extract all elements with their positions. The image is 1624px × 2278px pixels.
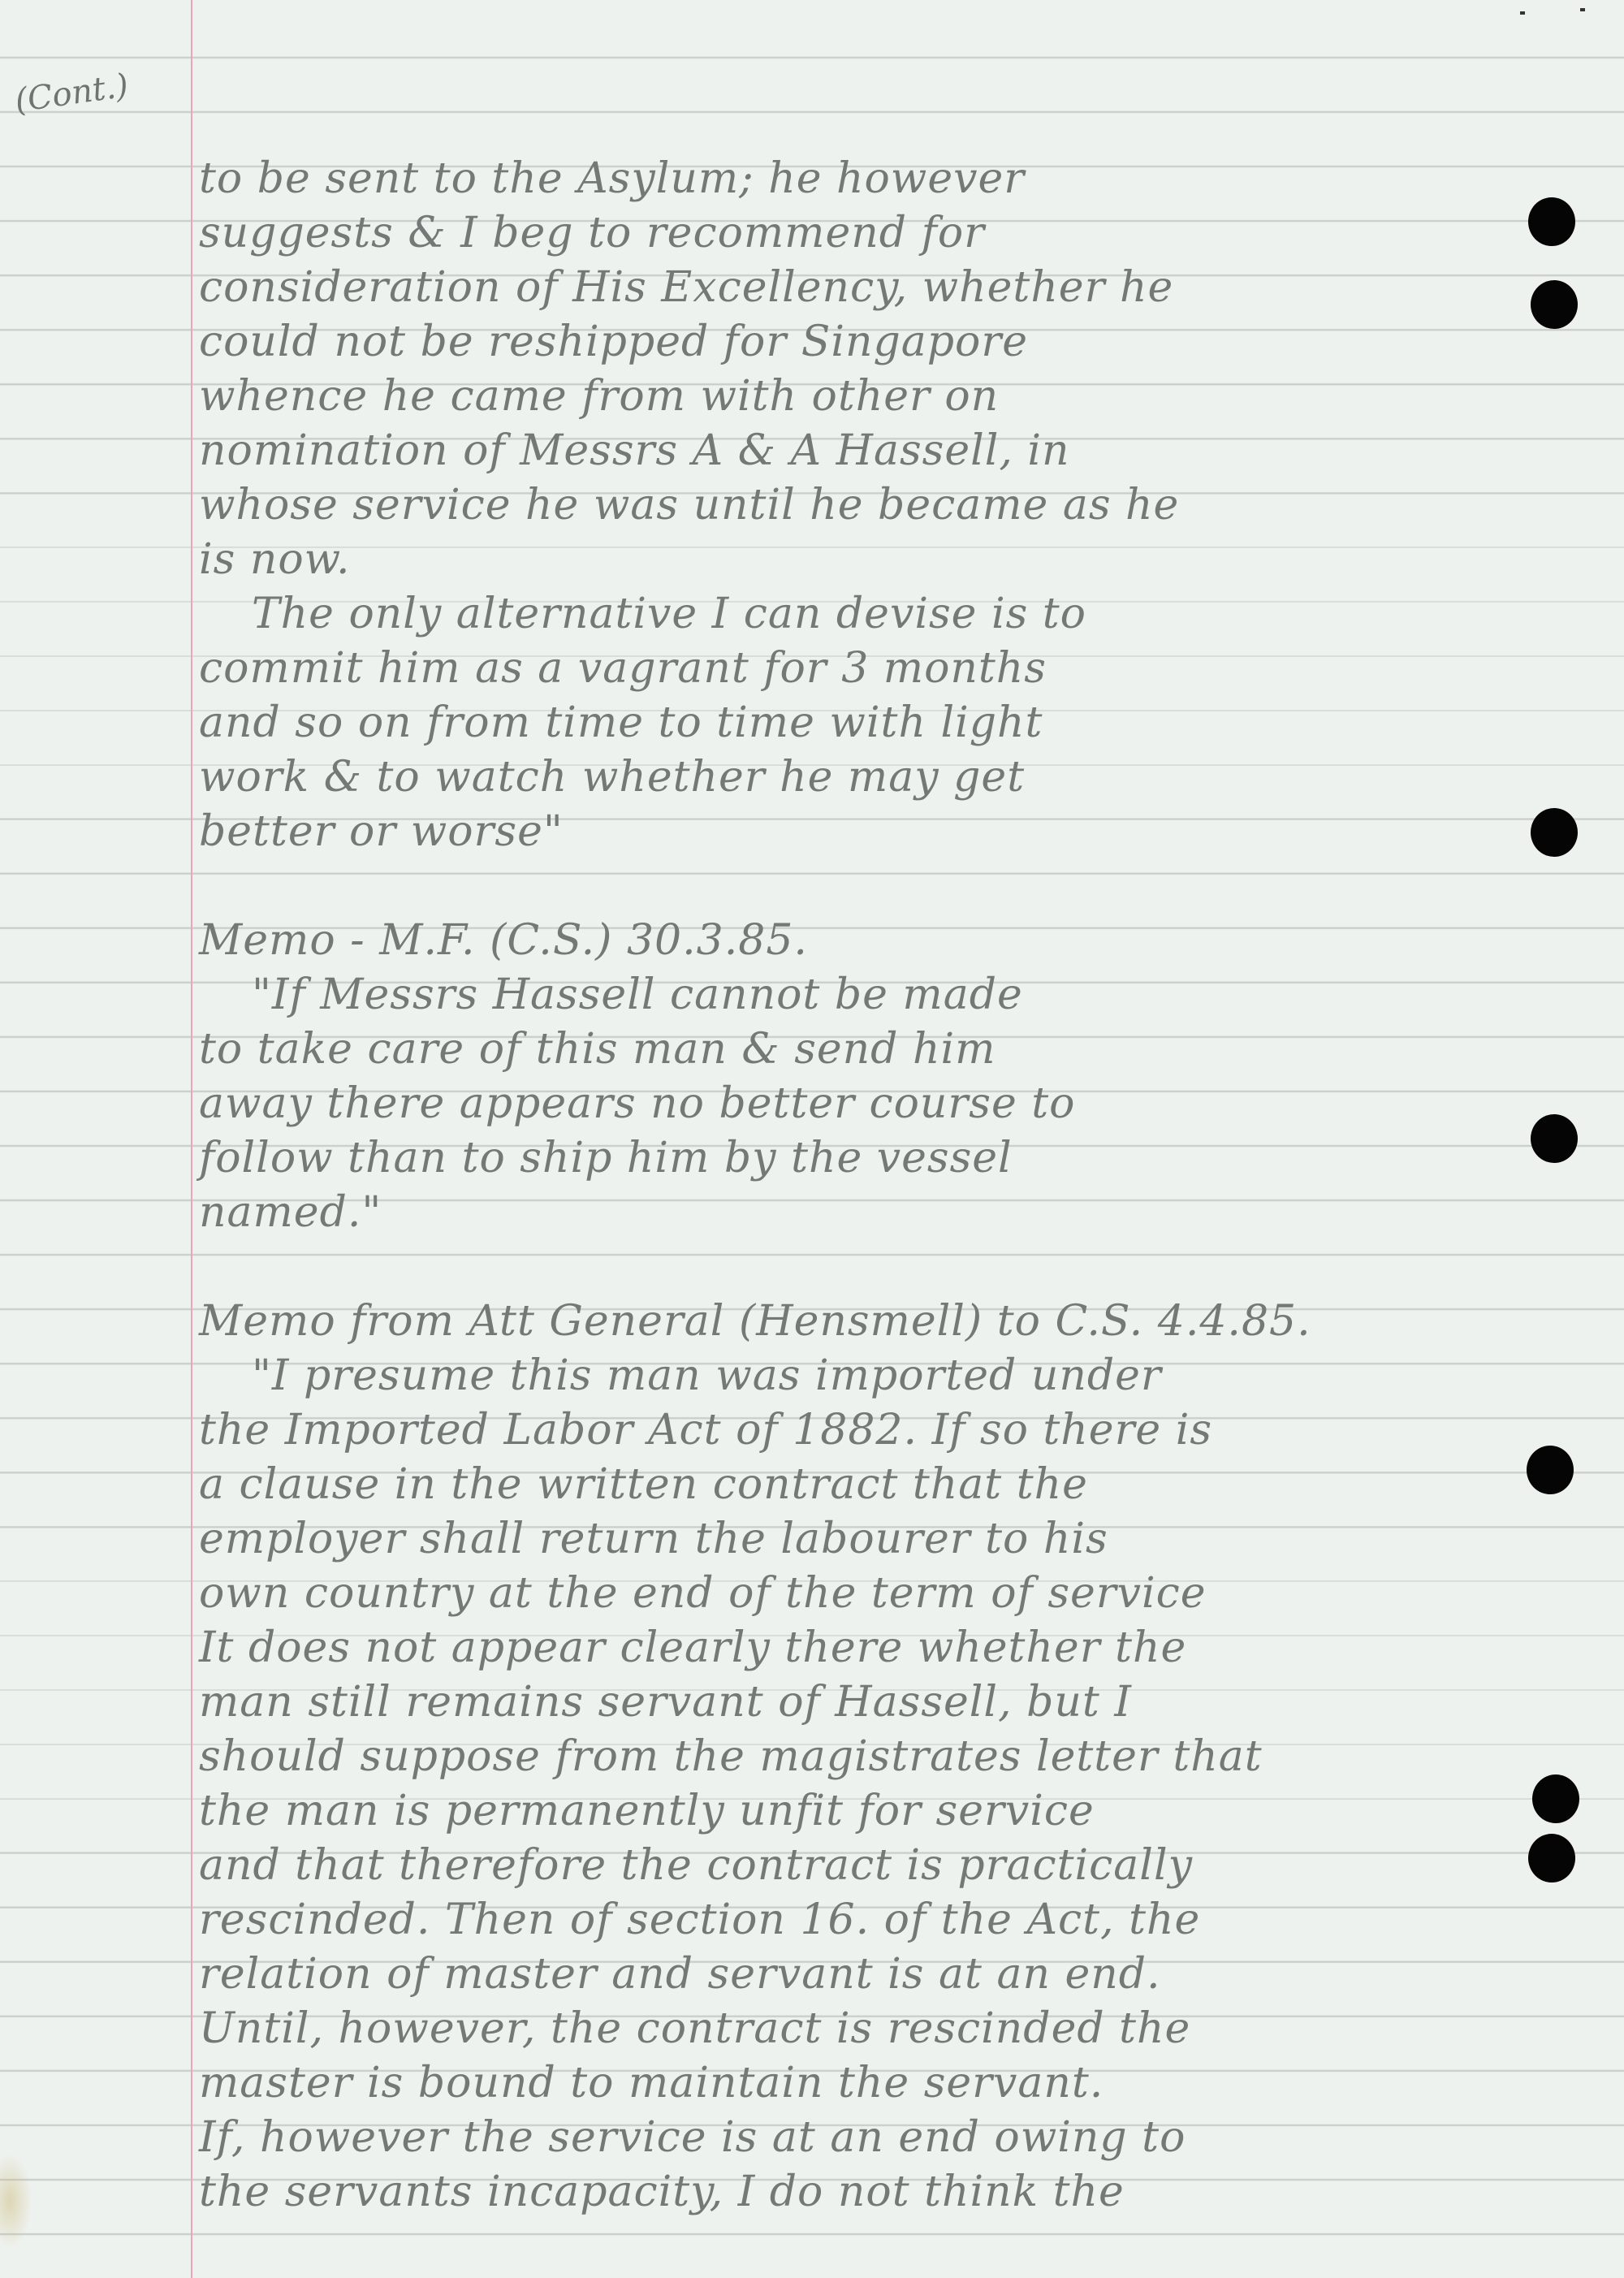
text-line: Until, however, the contract is rescinde… xyxy=(199,2004,1190,2053)
text-line: commit him as a vagrant for 3 months xyxy=(199,644,1047,693)
punch-hole xyxy=(1527,1446,1574,1494)
text-line: rescinded. Then of section 16. of the Ac… xyxy=(199,1895,1200,1944)
text-line: "If Messrs Hassell cannot be made xyxy=(252,970,1023,1019)
text-line: to be sent to the Asylum; he however xyxy=(199,154,1025,203)
punch-hole xyxy=(1532,1774,1579,1823)
text-line: whose service he was until he became as … xyxy=(199,481,1179,530)
text-line: is now. xyxy=(199,535,351,584)
text-line: employer shall return the labourer to hi… xyxy=(199,1515,1108,1563)
text-line: away there appears no better course to xyxy=(199,1079,1075,1128)
notebook-page: (Cont.) to be sent to the Asylum; he how… xyxy=(0,0,1624,2278)
punch-hole xyxy=(1528,1834,1575,1882)
text-line: If, however the service is at an end owi… xyxy=(199,2113,1186,2162)
memo-heading: Memo from Att General (Hensmell) to C.S.… xyxy=(199,1297,1311,1346)
text-line: own country at the end of the term of se… xyxy=(199,1569,1207,1618)
text-line: work & to watch whether he may get xyxy=(199,753,1025,802)
text-line: man still remains servant of Hassell, bu… xyxy=(199,1678,1132,1727)
scan-mark xyxy=(1580,8,1585,11)
red-margin-line xyxy=(191,0,192,2278)
punch-hole xyxy=(1531,808,1578,857)
text-line: relation of master and servant is at an … xyxy=(199,1950,1161,1999)
text-line: nomination of Messrs A & A Hassell, in xyxy=(199,426,1070,475)
punch-hole xyxy=(1528,197,1575,246)
text-line: better or worse" xyxy=(199,807,564,856)
text-line: suggests & I beg to recommend for xyxy=(199,209,985,257)
text-line: consideration of His Excellency, whether… xyxy=(199,263,1173,312)
text-line: "I presume this man was imported under xyxy=(252,1351,1162,1400)
margin-note-cont: (Cont.) xyxy=(12,67,130,119)
text-line: the man is permanently unfit for service xyxy=(199,1787,1095,1835)
text-line: a clause in the written contract that th… xyxy=(199,1460,1088,1509)
text-line: master is bound to maintain the servant. xyxy=(199,2059,1104,2107)
punch-hole xyxy=(1531,1114,1578,1163)
punch-hole xyxy=(1531,280,1578,329)
text-line: should suppose from the magistrates lett… xyxy=(199,1732,1263,1781)
text-line: whence he came from with other on xyxy=(199,372,999,421)
text-line: to take care of this man & send him xyxy=(199,1025,996,1074)
text-line: and so on from time to time with light xyxy=(199,698,1043,747)
scan-mark xyxy=(1520,11,1525,15)
paper-stain xyxy=(0,2152,32,2250)
text-line: and that therefore the contract is pract… xyxy=(199,1841,1193,1890)
text-line: the servants incapacity, I do not think … xyxy=(199,2168,1125,2216)
text-line: named." xyxy=(199,1188,382,1237)
text-line: follow than to ship him by the vessel xyxy=(199,1134,1013,1182)
text-line: It does not appear clearly there whether… xyxy=(199,1623,1186,1672)
text-line: could not be reshipped for Singapore xyxy=(199,318,1028,366)
text-line: The only alternative I can devise is to xyxy=(252,590,1086,638)
text-line: the Imported Labor Act of 1882. If so th… xyxy=(199,1406,1212,1455)
memo-heading: Memo - M.F. (C.S.) 30.3.85. xyxy=(199,916,808,965)
